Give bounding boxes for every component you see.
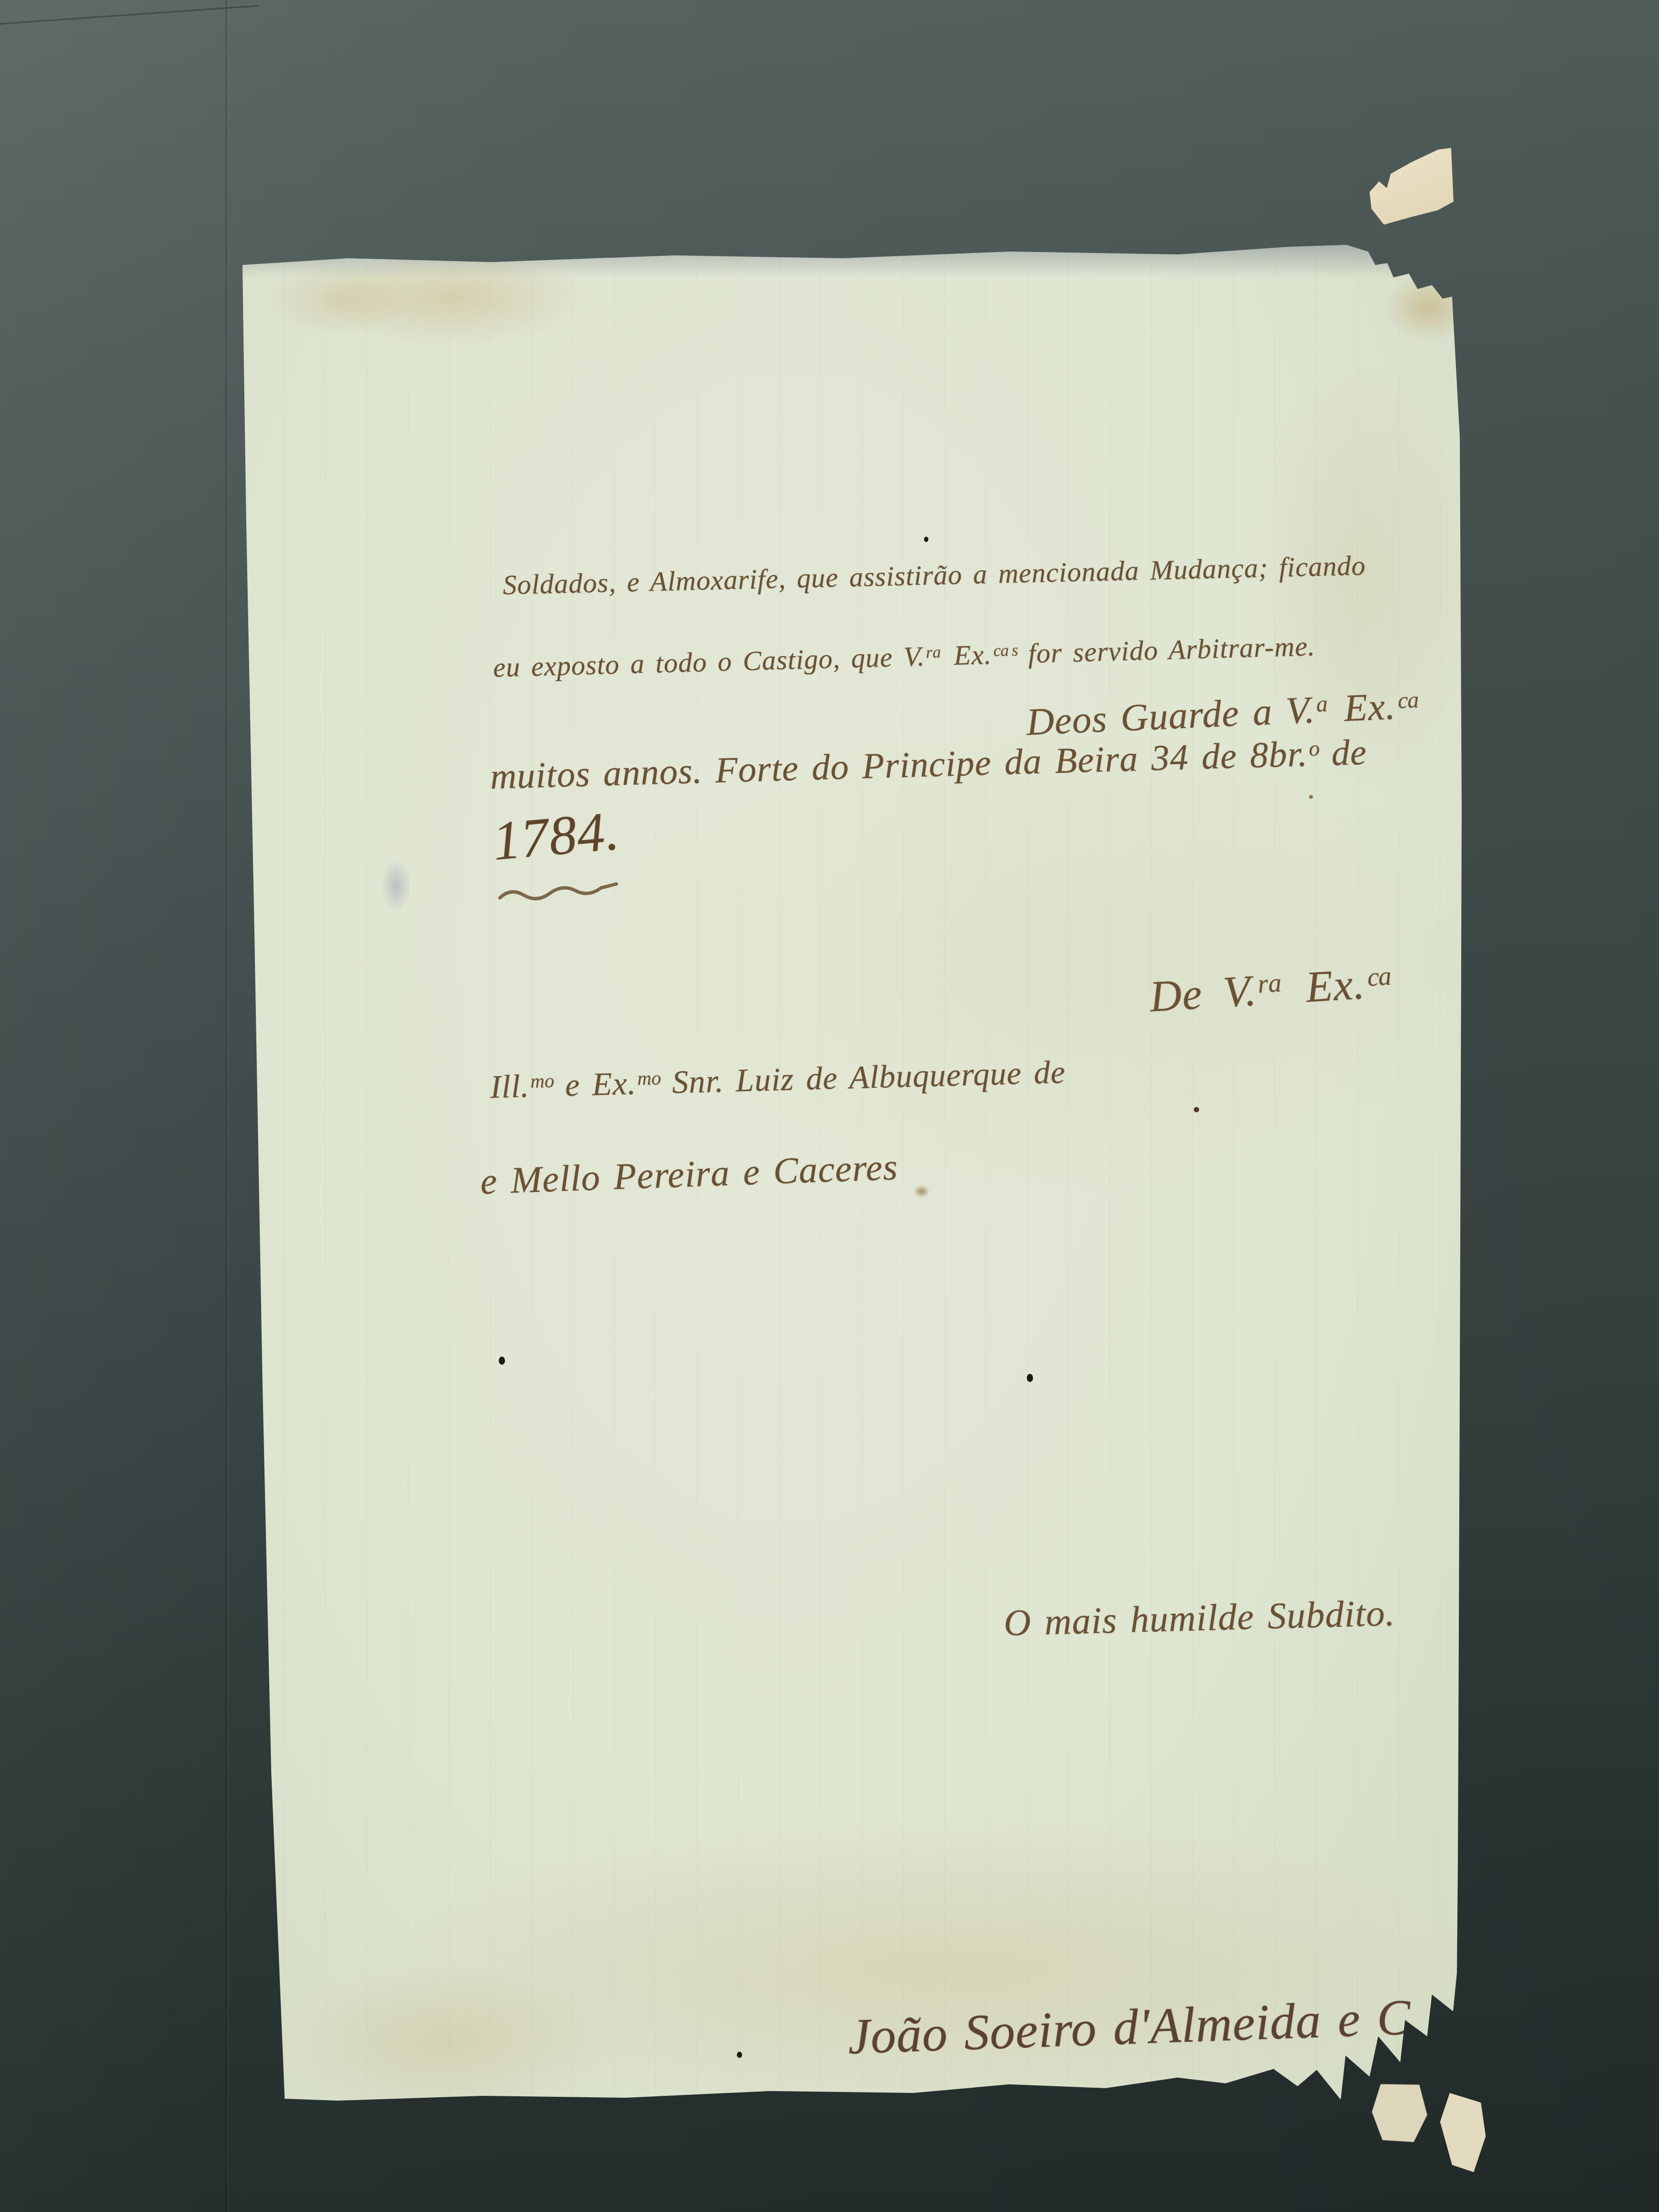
foxing-spot [914,1185,930,1198]
subscription-line: O mais humilde Subdito. [1003,1594,1395,1642]
ink-smudge [382,859,410,912]
stain [271,264,415,336]
manuscript-page: Soldados, e Almoxarife, que assistirão a… [242,235,1462,2107]
torn-paper-fragment [1440,2093,1488,2175]
ink-speck [737,2052,742,2058]
ink-speck [924,537,928,542]
ink-speck [1194,1107,1199,1112]
backdrop-fold-line [226,0,228,2212]
ink-speck [499,1357,505,1365]
backdrop-crease [0,5,259,25]
ink-speck [1309,795,1313,799]
torn-paper-fragment [1368,2079,1434,2148]
torn-corner-fragment [1366,144,1457,230]
stain [1385,274,1471,341]
ink-speck [1027,1374,1033,1382]
date-year: 1784. [491,803,622,869]
photo-backdrop: Soldados, e Almoxarife, que assistirão a… [0,0,1659,2212]
stain [281,1963,617,2117]
